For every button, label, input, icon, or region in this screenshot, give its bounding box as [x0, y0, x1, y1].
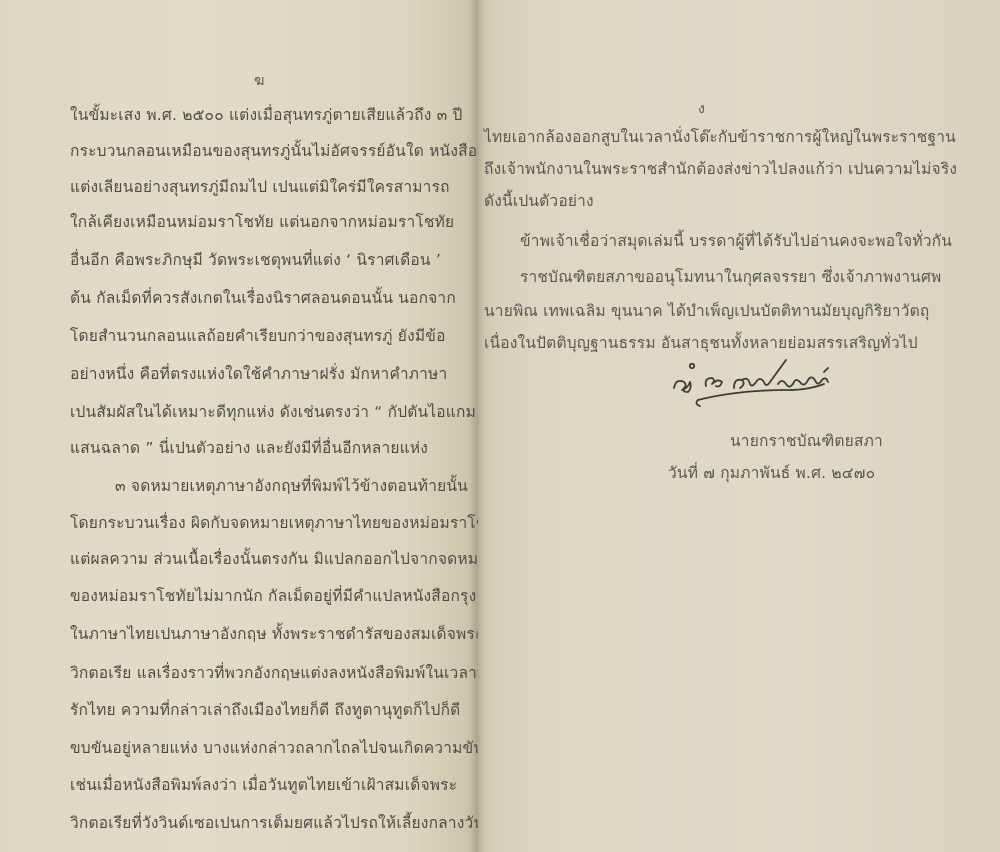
document-date: วันที่ ๗ กุมภาพันธ์ พ.ศ. ๒๔๗๐: [668, 460, 875, 485]
text-line: ในขั้มะเสง พ.ศ. ๒๕๐๐ แต่งเมื่อสุนทรภู่ตา…: [70, 102, 463, 127]
text-line: วิกตอเรีย แลเรื่องราวที่พวกอังกฤษแต่งลงห…: [70, 660, 478, 685]
handwritten-signature: [668, 358, 878, 408]
page-number-left: ฆ: [254, 70, 264, 92]
text-line: ข้าพเจ้าเชื่อว่าสมุดเล่มนี้ บรรดาผู้ที่ไ…: [520, 228, 952, 253]
book-gutter: [470, 0, 484, 852]
text-line: แต่ผลความ ส่วนเนื้อเรื่องนั้นตรงกัน มิแป…: [70, 546, 478, 571]
text-line: เนื่องในปัตติบุญฐานธรรม อันสาธุชนทั้งหลา…: [484, 330, 918, 355]
text-line: ๓ จดหมายเหตุภาษาอังกฤษที่พิมพ์ไว้ข้างตอน…: [115, 473, 468, 498]
text-line: วิกตอเรียที่วังวินด์เซอเปนการเต็มยศแล้วไ…: [70, 810, 478, 835]
text-line: ขบขันอยู่หลายแห่ง บางแห่งกล่าวถลากไถลไปจ…: [70, 735, 478, 760]
page-number-right: ง: [698, 98, 705, 120]
text-line: แสนฉลาด ” นี่เปนตัวอย่าง และยังมีที่อื่น…: [70, 435, 428, 460]
text-line: ใกล้เคียงเหมือนหม่อมราโชทัย แต่นอกจากหม่…: [70, 209, 454, 234]
text-line: ไทยเอากล้องออกสูบในเวลานั่งโต๊ะกับข้าราช…: [484, 124, 956, 149]
book-spread: ฆ ในขั้มะเสง พ.ศ. ๒๕๐๐ แต่งเมื่อสุนทรภู่…: [0, 0, 1000, 852]
text-line: โดยสำนวนกลอนแลถ้อยคำเรียบกว่าของสุนทรภู่…: [70, 323, 446, 348]
text-line: ดังนี้เปนตัวอย่าง: [484, 188, 594, 213]
text-line: รักไทย ความที่กล่าวเล่าถึงเมืองไทยก็ดี ถ…: [70, 697, 460, 722]
text-line: ในภาษาไทยเปนภาษาอังกฤษ ทั้งพระราชดำรัสขอ…: [70, 621, 478, 646]
left-page: ฆ ในขั้มะเสง พ.ศ. ๒๕๐๐ แต่งเมื่อสุนทรภู่…: [0, 0, 478, 852]
text-line: กระบวนกลอนเหมือนของสุนทรภู่นั้นไม่อัศจรร…: [70, 138, 477, 163]
text-line: อื่นอีก คือพระภิกษุมี วัดพระเชตุพนที่แต่…: [70, 247, 441, 272]
text-line: เปนสัมผัสในได้เหมาะดีทุกแห่ง ดังเช่นตรงว…: [70, 399, 476, 424]
text-line: ถึงเจ้าพนักงานในพระราชสำนักต้องส่งข่าวไป…: [484, 156, 957, 181]
signatory-title: นายกราชบัณฑิตยสภา: [730, 428, 883, 453]
text-line: แต่งเลียนอย่างสุนทรภู่มีถมไป เปนแต่มิใคร…: [70, 174, 450, 199]
right-page: ง ไทยเอากล้องออกสูบในเวลานั่งโต๊ะกับข้าร…: [478, 0, 1000, 852]
text-line: อย่างหนึ่ง คือที่ตรงแห่งใดใช้คำภาษาฝรั่ง…: [70, 361, 447, 386]
text-line: โดยกระบวนเรื่อง ผิดกับจดหมายเหตุภาษาไทยข…: [70, 510, 478, 535]
text-line: ต้น กัลเม็ดที่ควรสังเกตในเรื่องนิราศลอนด…: [70, 285, 456, 310]
text-line: ราชบัณฑิตยสภาขออนุโมทนาในกุศลจรรยา ซึ่งเ…: [520, 264, 941, 289]
text-line: นายพิณ เทพเฉลิม ขุนนาค ได้บำเพ็ญเปนบัตติ…: [484, 298, 929, 323]
text-line: เช่นเมื่อหนังสือพิมพ์ลงว่า เมื่อวันทูตไท…: [70, 772, 457, 797]
text-line: ของหม่อมราโชทัยไม่มากนัก กัลเม็ดอยู่ที่ม…: [70, 583, 476, 608]
